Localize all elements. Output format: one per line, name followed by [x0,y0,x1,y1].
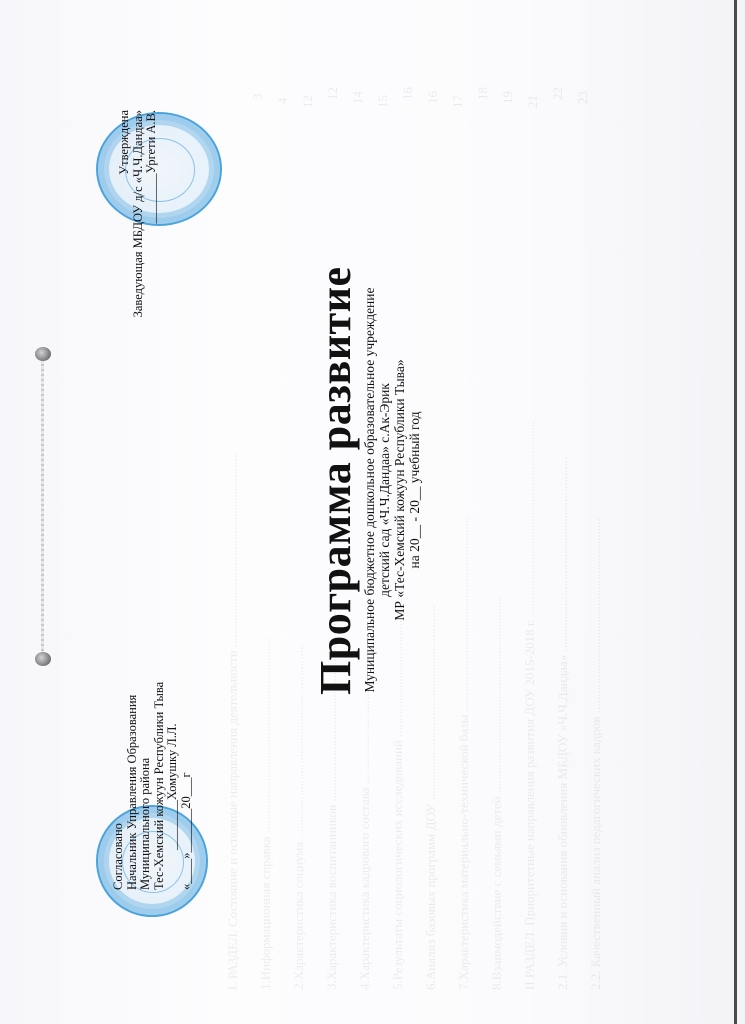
bleed-through-page-number: 23 [575,91,591,104]
bleed-through-line: 7.Характеристика материально-технической… [456,517,472,990]
bleed-through-page-number: 12 [325,87,341,100]
binding-cord [41,356,44,656]
official-stamp-right [96,112,222,226]
bleed-through-line: 2.1. Условия и основания обновления МБДО… [555,457,571,990]
bleed-through-page-number: 18 [475,87,491,100]
bleed-through-line: 6.Анализ базовых программ ДОУ ..........… [423,605,439,990]
subtitle-line-kindergarten: детский сад «Ч.Ч.Дандаа» с.Ак-Эрик [377,260,392,720]
approval-left-line: Тес-Хемский кожуун Республики Тыва [153,682,167,890]
bleed-through-page-number: 19 [500,91,516,104]
document-subtitle: Муниципальное бюджетное дошкольное образ… [362,260,422,720]
bleed-through-line: II РАЗДЕЛ. Приоритетные направления разв… [522,421,538,990]
document-title: Программа развитие [310,266,361,695]
approval-right-signature: ________Ургети А.В. [145,110,159,330]
approval-block-right: Утверждена Заведующая МБДОУ д/с «Ч.Ч.Дан… [118,110,159,330]
bleed-through-line: I. РАЗДЕЛ. Состояние и основные направле… [225,452,241,990]
bleed-through-page-number: 3 [250,94,266,101]
scanned-page: I. РАЗДЕЛ. Состояние и основные направле… [0,0,745,1024]
subtitle-line-year: на 20__ - 20__ учебный год [407,260,422,720]
bleed-through-line: 2.2. Качественный анализ педагогических … [588,518,604,990]
bleed-through-page-number: 22 [550,87,566,100]
bleed-through-line: 1.Информационная справка ...............… [258,638,274,990]
bleed-through-page-number: 21 [525,95,541,108]
approval-left-line: Муниципального района [139,682,153,890]
approval-left-line: Согласовано [112,682,126,890]
scanner-margin [737,0,745,1024]
bleed-through-page-number: 16 [425,91,441,104]
approval-left-date: «____»_______20___г [180,682,194,890]
bleed-through-page-number: 12 [300,95,316,108]
binding-knot-bottom [35,652,51,666]
bleed-through-page-number: 4 [275,98,291,105]
approval-right-position: Заведующая МБДОУ д/с «Ч.Ч.Дандаа» [132,110,146,330]
bleed-through-page-number: 16 [400,87,416,100]
approval-left-line: Начальник Управления Образования [126,682,140,890]
bleed-through-page-number: 17 [450,95,466,108]
subtitle-line-region: МР «Тес-Хемский кожуун Республики Тыва» [392,260,407,720]
subtitle-line-institution: Муниципальное бюджетное дошкольное образ… [362,260,377,720]
bleed-through-page-number: 14 [350,91,366,104]
binding-knot-top [35,347,51,361]
bleed-through-line: 2.Характеристика социума ...............… [291,644,307,990]
bleed-through-page-number: 15 [375,95,391,108]
approval-right-heading: Утверждена [118,110,132,330]
bleed-through-line: 8.Взаимодействие с семьями детей .......… [489,598,505,990]
approval-left-signature: ________Хомушку Л.Л. [166,682,180,890]
approval-block-left: Согласовано Начальник Управления Образов… [112,682,193,890]
